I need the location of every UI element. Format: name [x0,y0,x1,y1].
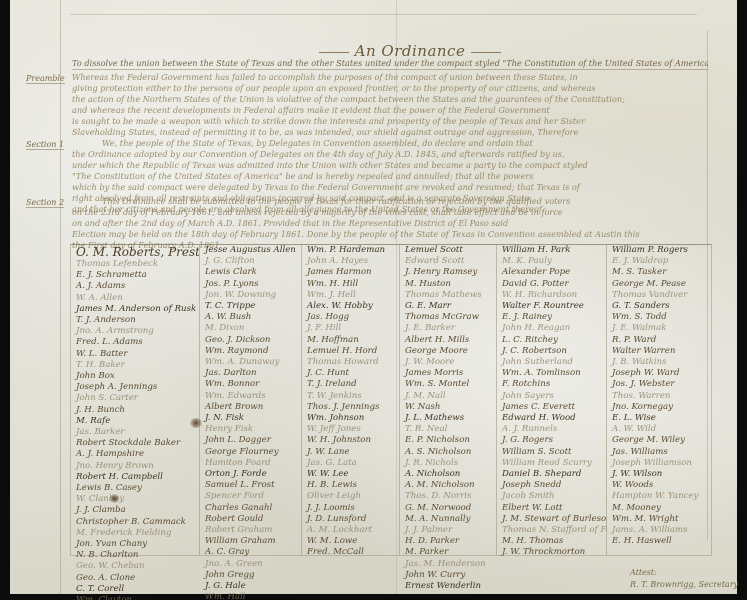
signature: H. B. Lewis [302,480,400,491]
parchment-document: An Ordinance To dissolve the union betwe… [10,0,737,594]
signature-column-5: William H. ParkM. K. PaulyAlexander Pope… [496,245,607,555]
signature: Lemuel H. Hord [302,346,400,357]
signature: Edward Scott [400,256,497,267]
signature: John S. Carter [71,393,199,404]
signature: Geo. J. Dickson [200,335,302,346]
signature: M. A. Nunnally [400,514,497,525]
document-text-line: on the 23rd day of February 1861, and un… [72,207,708,218]
signature: Thomas Lefenbeck [71,259,199,270]
document-text-line: which by the said compact were delegated… [72,182,708,193]
signature: Joseph A. Jennings [71,382,199,393]
signature: T. J. Ireland [302,379,400,390]
signature: Wm. S. Todd [607,312,712,323]
signature: J. E. Walmak [607,323,712,334]
signature-column-4: Lemuel ScottEdward ScottJ. Henry RamseyM… [399,245,497,555]
signature: Daniel B. Shepard [497,469,607,480]
signature: M. Hoffman [302,335,400,346]
signature: Hamiton Foard [200,458,302,469]
signature: A. M. Lockhart [302,525,400,536]
signature: W. H. Johnston [302,435,400,446]
signature: J. L. Mathews [400,413,497,424]
signature: T. H. Baker [71,360,199,371]
signature: J. D. Lunsford [302,514,400,525]
signature: Wm. H. Hill [302,279,400,290]
signature: G. E. Marr [400,301,497,312]
document-text-line: is sought to be made a weapon with which… [72,116,708,127]
signature: M. Parker [400,547,497,558]
signature: Walter Warren [607,346,712,357]
signature: J. E. Barker [400,323,497,334]
signature: John H. Reagan [497,323,607,334]
signature: Robert H. Campbell [71,472,199,483]
margin-label-preamble: Preamble [26,74,65,84]
document-text-line: This Ordinance shall be submitted to the… [72,196,738,207]
signature: David G. Potter [497,279,607,290]
signature: J. B. Watkins [607,357,712,368]
signature: Wm. Bonnor [200,379,302,390]
signature: J. R. Nichols [400,458,497,469]
signature: Jas. Barker [71,427,199,438]
signature: Jas. G. Lata [302,458,400,469]
signature: T. W. Jenkins [302,391,400,402]
signature: E. J. Schrametta [71,270,199,281]
signature-column-3: Wm. P. HardemanJohn A. HayesJames Harmon… [301,245,400,555]
signature: G. T. Sanders [607,301,712,312]
signature: M. K. Pauly [497,256,607,267]
signature: T. R. Neal [400,424,497,435]
signature: Lewis B. Casey [71,483,199,494]
signature: F. Rotchins [497,379,607,390]
attestation-line-2: R. T. Brownrigg, Secretary [630,580,738,589]
signature: Fred. L. Adams [71,337,199,348]
signature: George Moore [400,346,497,357]
signature: John W. Curry [400,570,497,581]
signature: L. C. Ritchey [497,335,607,346]
signature: John A. Hayes [302,256,400,267]
signature: Wm. Edwards [200,391,302,402]
signature: Wm. Hall [200,592,302,600]
signature: Spencer Ford [200,491,302,502]
signature: Joseph Williamson [607,458,712,469]
signature: W. A. Allen [71,293,199,304]
signature: T. C. Trippe [200,301,302,312]
signature: W. W. Lee [302,469,400,480]
signature: Jos. J. Webster [607,379,712,390]
signature: Albert Brown [200,402,302,413]
signature: Fred. McCall [302,547,400,558]
signature: Geo. A. Clone [71,573,199,584]
signature: M. Rafe [71,416,199,427]
signature: Albert H. Mills [400,335,497,346]
signature: Jon. W. Downing [200,290,302,301]
signature: Wm. Clayton [71,595,199,600]
signature: James C. Everett [497,402,607,413]
signature: J. C. Robertson [497,346,607,357]
signature: J. G. Clifton [200,256,302,267]
signature: E. P. Nicholson [400,435,497,446]
signature: W. Jeff Jones [302,424,400,435]
left-margin-rule [60,0,61,594]
signature: O. M. Roberts, Prest. [71,245,199,259]
signature: T. J. Anderson [71,315,199,326]
signature: William H. Park [497,245,607,256]
signature: Samuel L. Frost [200,480,302,491]
signature: Jams. A. Williams [607,525,712,536]
margin-label-section-2: Section 2 [26,198,64,208]
signature: J. N. Fisk [200,413,302,424]
signature: J. M. Stewart of Burleson [497,514,607,525]
signature: Jesse Augustus Allen [200,245,302,256]
document-text-line: the Ordinance adopted by our Convention … [72,149,708,160]
signature: Jas. Darlton [200,368,302,379]
signature: John Gregg [200,570,302,581]
signature: Oliver Leigh [302,491,400,502]
signature: M. Mooney [607,503,712,514]
signature: Thos. Warren [607,391,712,402]
signature: George M. Wiley [607,435,712,446]
signature: J. F. Hill [302,323,400,334]
signature: Jno. A. Green [200,559,302,570]
signature: Jas. Williams [607,447,712,458]
signature: J. H. Bunch [71,405,199,416]
signature: Hampton W. Yancey [607,491,712,502]
signature: A. C. Gray [200,547,302,558]
signature: Edward H. Wood [497,413,607,424]
signature: George M. Pease [607,279,712,290]
signature: John Sutherland [497,357,607,368]
signature-table: O. M. Roberts, Prest.Thomas LefenbeckE. … [70,244,712,556]
signature: A. Nicholson [400,469,497,480]
signature: H. D. Parker [400,536,497,547]
signature: Joseph Snedd [497,480,607,491]
document-text-line: We, the people of the State of Texas, by… [72,138,738,149]
ink-blot [110,494,119,503]
signature: George Flourney [200,447,302,458]
signature: Wm. P. Hardeman [302,245,400,256]
signature: Wm. A. Tomlinson [497,368,607,379]
signature: M. S. Tasker [607,267,712,278]
signature: Ernest Wenderlin [400,581,497,592]
top-rule [70,14,697,15]
document-text-line: "The Constitution of the United States o… [72,171,708,182]
signature: W. L. Batter [71,349,199,360]
signature-column-1: O. M. Roberts, Prest.Thomas LefenbeckE. … [71,245,199,555]
signature: Alex. W. Hobby [302,301,400,312]
signature: John L. Dagger [200,435,302,446]
signature: J. J. Clamba [71,505,199,516]
signature: Wm. Johnson [302,413,400,424]
signature: Thos. J. Jennings [302,402,400,413]
signature: J. M. Nall [400,391,497,402]
signature: Thomas Mathews [400,290,497,301]
signature: William S. Scott [497,447,607,458]
signature: Jas. M. Henderson [400,559,497,570]
signature: Thomas N. Stafford of Falls [497,525,607,536]
signature: Elbert W. Lott [497,503,607,514]
signature: Alexander Pope [497,267,607,278]
signature: Jno. Henry Brown [71,461,199,472]
signature: Joseph W. Ward [607,368,712,379]
signature: A. W. Bush [200,312,302,323]
signature: A. J. Runnels [497,424,607,435]
signature: Wm. M. Wright [607,514,712,525]
signature: W. M. Lowe [302,536,400,547]
signature: John Box [71,371,199,382]
signature: E. J. Waldrop [607,256,712,267]
signature: James Morris [400,368,497,379]
signature: W. Woods [607,480,712,491]
signature-column-2: Jesse Augustus AllenJ. G. CliftonLewis C… [199,245,302,555]
signature: John Sayers [497,391,607,402]
signature: J. J. Palmer [400,525,497,536]
signature: J. G. Hale [200,581,302,592]
signature: C. T. Corell [71,584,199,595]
document-text-line: on and after the 2nd day of March A.D. 1… [72,218,708,229]
signature: James M. Anderson of Rusk [71,304,199,315]
signature: A. J. Hampshire [71,449,199,460]
signature: Lewis Clark [200,267,302,278]
signature: Thomas McGraw [400,312,497,323]
signature: E. H. Haswell [607,536,712,547]
signature: J. Henry Ramsey [400,267,497,278]
signature: W. Clanbey [71,494,199,505]
document-text-line: the action of the Northern States of the… [72,94,708,105]
signature: Jno. A. Armstrong [71,326,199,337]
signature: J. W. Lane [302,447,400,458]
signature: Robert Stockdale Baker [71,438,199,449]
signature: Jno. Kornegay [607,402,712,413]
signature: Thos. D. Norris [400,491,497,502]
signature: William P. Rogers [607,245,712,256]
signature: Jas. Hogg [302,312,400,323]
signature: A. W. Wild [607,424,712,435]
signature: Walter F. Rountree [497,301,607,312]
document-text-line: giving protection either to the persons … [72,83,708,94]
signature: William Read Scurry [497,458,607,469]
signature: J. W. Moore [400,357,497,368]
signature: Thomas Howard [302,357,400,368]
signature: Christopher B. Cammack [71,517,199,528]
signature: A. M. Nicholson [400,480,497,491]
signature: William Graham [200,536,302,547]
signature: Robert Gould [200,514,302,525]
signature: J. W. Wilson [607,469,712,480]
signature: M. Huston [400,279,497,290]
signature: M. Dixon [200,323,302,334]
signature: Thomas Vandiver [607,290,712,301]
attestation-line-1: Attest: [630,568,657,577]
signature: Jon. Yvan Chany [71,539,199,550]
signature: J. W. Throckmorton [497,547,607,558]
signature: A. J. Adams [71,281,199,292]
signature: E. L. Wise [607,413,712,424]
signature: Jacob Smith [497,491,607,502]
signature: J. G. Rogers [497,435,607,446]
signature-column-6: William P. RogersE. J. WaldropM. S. Task… [606,245,712,555]
signature: G. M. Norwood [400,503,497,514]
signature: W. H. Richardson [497,290,607,301]
signature: M. Frederick Fielding [71,528,199,539]
ink-blot [190,418,202,428]
signature: W. Nash [400,402,497,413]
signature: Geo. W. Cheban [71,561,199,572]
signature: A. S. Nicholson [400,447,497,458]
signature: E. J. Rainey [497,312,607,323]
signature: Henry Fisk [200,424,302,435]
document-text-line: under which the Republic of Texas was ad… [72,160,708,171]
document-text-line: Slaveholding States, instead of permitti… [72,127,708,138]
margin-label-section-1: Section 1 [26,140,64,150]
signature: James Harmon [302,267,400,278]
signature: Wm. A. Dunaway [200,357,302,368]
document-text-line: and whereas the recent developments in F… [72,105,708,116]
signature: Lemuel Scott [400,245,497,256]
signature: Wm. S. Montel [400,379,497,390]
signature: M. H. Thomas [497,536,607,547]
signature: Charles Ganahl [200,503,302,514]
signature: Orton J. Forde [200,469,302,480]
heading-line: To dissolve the union between the State … [72,58,708,70]
document-text-line: Whereas the Federal Government has faile… [72,72,708,83]
signature: Wm. J. Hell [302,290,400,301]
signature: Jos. P. Lyons [200,279,302,290]
document-text-line: Election may be held on the 18th day of … [72,229,708,240]
signature: N. B. Charlton [71,550,199,561]
signature: Wm. Raymond [200,346,302,357]
signature: R. P. Ward [607,335,712,346]
signature: Robert Graham [200,525,302,536]
signature: J. J. Loomis [302,503,400,514]
signature: J. C. Hunt [302,368,400,379]
